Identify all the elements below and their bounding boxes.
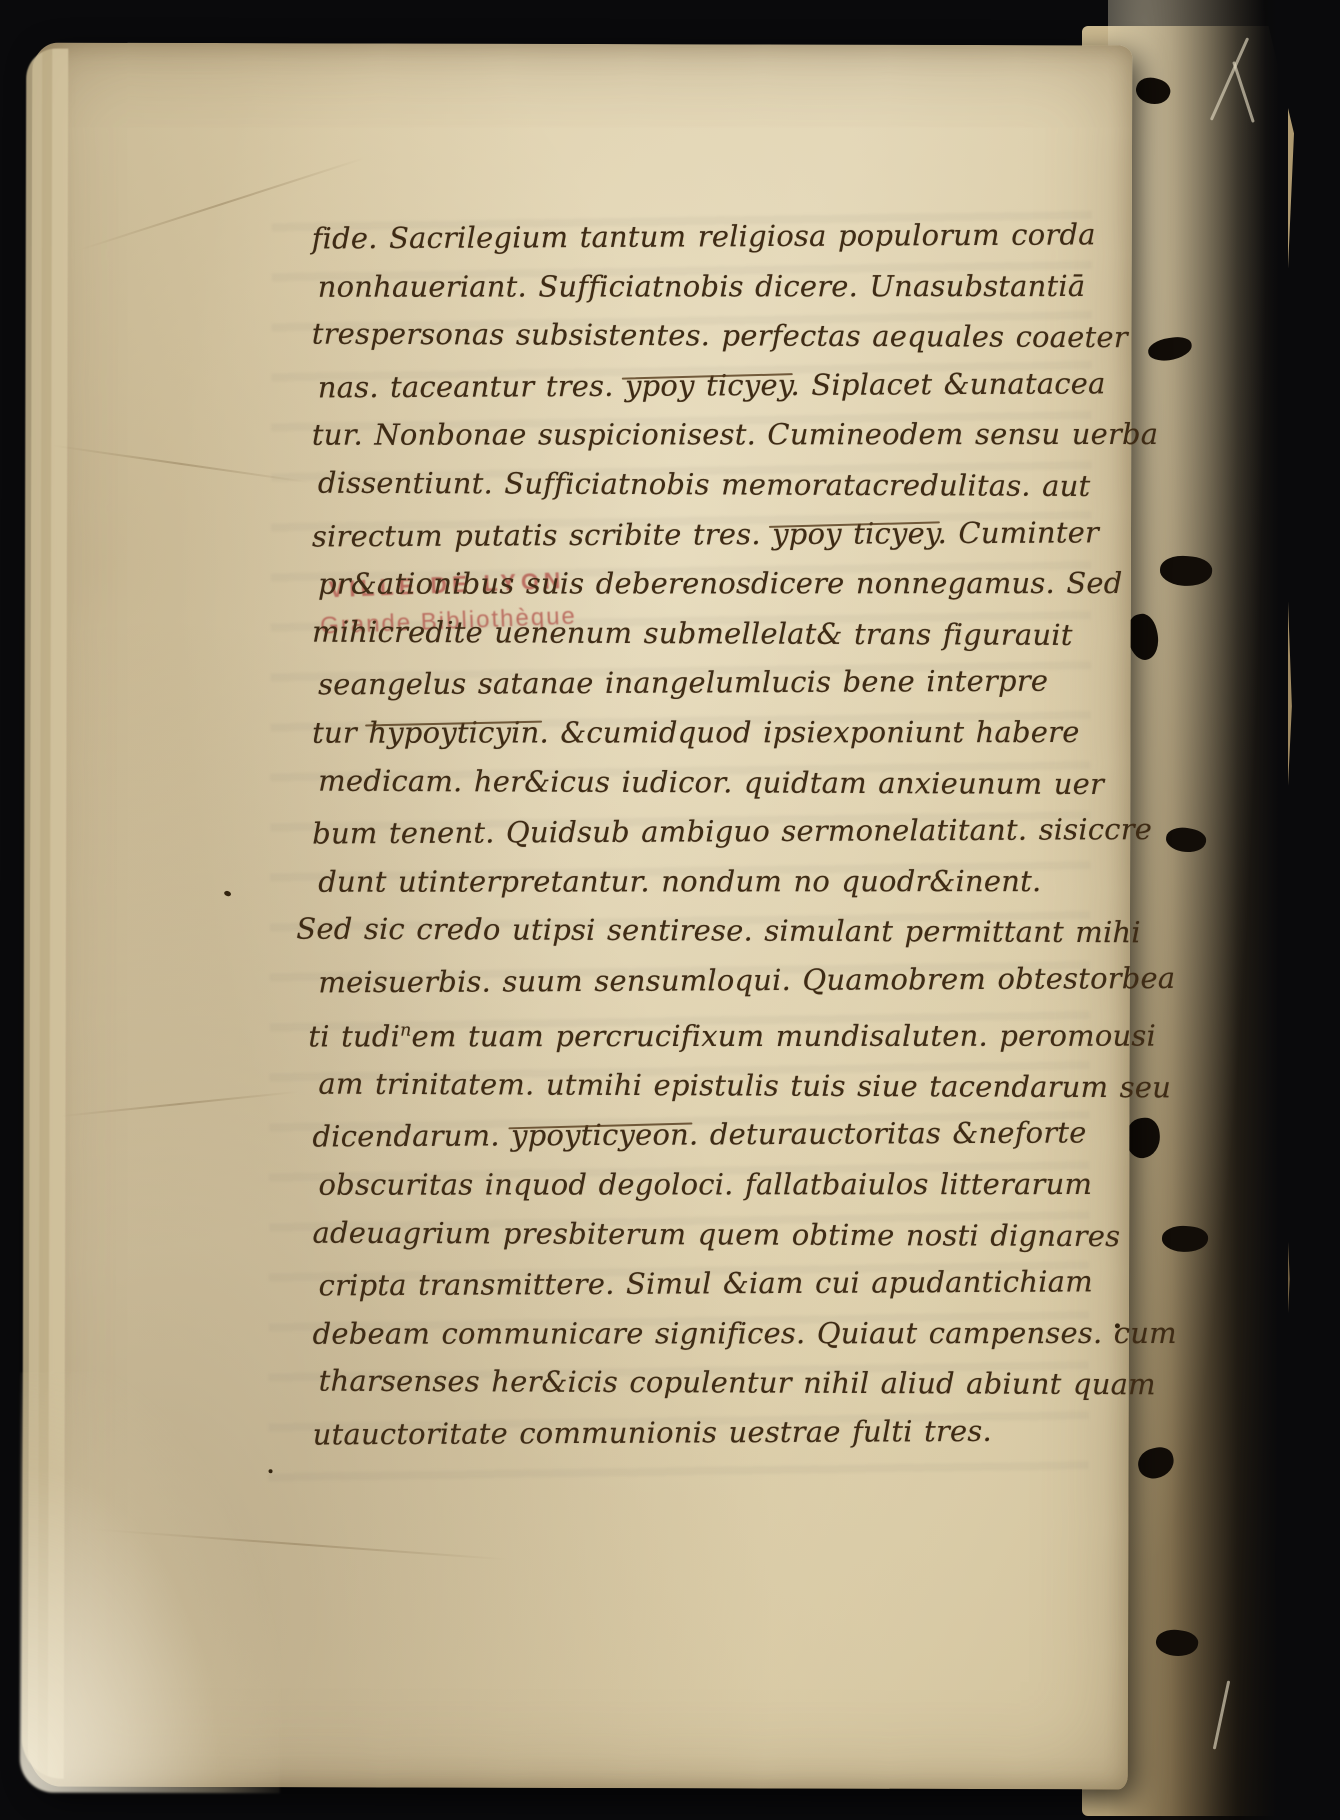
binding-thread [1213,1680,1230,1749]
manuscript-text: sirectum putatis scribite tres. [312,517,772,553]
manuscript-text: ti tudi [308,1019,400,1053]
manuscript-line: tharsenses her&icis copulentur nihil ali… [319,1357,1113,1410]
manuscript-line: cripta transmittere. Simul &iam cui apud… [318,1257,1112,1311]
manuscript-line: obscuritas inquod degoloci. fallatbaiulo… [318,1160,1112,1210]
manuscript-line: trespersonas subsistentes. perfectas aeq… [312,310,1112,363]
manuscript-text: dissentiunt. Sufficiatnobis memoratacred… [318,466,1091,503]
greek-transliteration: ypoy ticyey [625,368,791,403]
manuscript-text: fide. Sacrilegium tantum religiosa popul… [312,217,1096,255]
manuscript-line: nonhaueriant. Sufficiatnobis dicere. Una… [318,262,1112,312]
manuscript-text: cripta transmittere. Simul &iam cui apud… [319,1264,1093,1302]
manuscript-text: adeuagrium presbiterum quem obtime nosti… [312,1215,1120,1253]
manuscript-text: mihicredite uenenum submellelat& trans f… [312,614,1073,651]
manuscript-text: Sed sic credo utipsi sentirese. simulant… [296,912,1141,950]
binding-thread [1232,61,1255,123]
manuscript-line: dissentiunt. Sufficiatnobis memoratacred… [318,459,1112,512]
manuscript-page: VILLE DE LYON Grande Bibliothèque fide. … [28,43,1133,1790]
manuscript-text: bum tenent. Quidsub ambiguo sermonelatit… [312,812,1152,850]
binding-tear [1135,1445,1176,1482]
manuscript-text: debeam communicare significes. Quiaut ca… [313,1316,1177,1351]
manuscript-text: trespersonas subsistentes. perfectas aeq… [312,317,1128,355]
manuscript-text-block: fide. Sacrilegium tantum religiosa popul… [312,212,1113,1458]
manuscript-text: tharsenses her&icis copulentur nihil ali… [319,1364,1156,1402]
manuscript-line: Sed sic credo utipsi sentirese. simulant… [296,905,1112,958]
book-binding-edge [1108,0,1288,1820]
manuscript-text: dunt utinterpretantur. nondum no quodr&i… [318,864,1041,899]
manuscript-line: mihicredite uenenum submellelat& trans f… [312,607,1112,660]
manuscript-line: dicendarum. ypoyticyeon. deturauctoritas… [312,1109,1112,1163]
manuscript-line: fide. Sacrilegium tantum religiosa popul… [312,210,1112,264]
greek-transliteration: hypoyticyin [368,715,539,749]
binding-tear [1124,1116,1162,1159]
manuscript-line: debeam communicare significes. Quiaut ca… [313,1309,1113,1359]
greek-transliteration: ypoyticyeon [511,1118,689,1153]
manuscript-text: pr&ationibus suis deberenosdicere nonneg… [318,566,1123,601]
binding-tear [1133,73,1173,108]
parchment-crease [60,1091,299,1117]
manuscript-text: dicendarum. [312,1119,511,1154]
manuscript-line: dunt utinterpretantur. nondum no quodr&i… [318,857,1112,907]
binding-tear [1154,1627,1199,1659]
greek-transliteration: ypoy ticyey [772,516,938,551]
manuscript-text: tur. Nonbonae suspicionisest. Cumineodem… [312,417,1158,452]
page-corner-curl [20,1373,281,1794]
manuscript-text: . deturauctoritas &neforte [689,1116,1087,1152]
manuscript-text: medicam. her&icus iudicor. quidtam anxie… [318,763,1104,800]
binding-thread [1210,37,1249,120]
binding-tear [1159,553,1214,588]
manuscript-line: seangelus satanae inangelumlucis bene in… [318,657,1112,711]
manuscript-text: n [400,1020,411,1040]
manuscript-line: tur. Nonbonae suspicionisest. Cumineodem… [312,410,1112,460]
manuscript-text: obscuritas inquod degoloci. fallatbaiulo… [319,1167,1093,1202]
manuscript-text: nas. taceantur tres. [318,369,625,405]
manuscript-text: meisuerbis. suum sensumloqui. Quamobrem … [318,961,1175,999]
manuscript-text: em tuam percrucifixum mundisaluten. pero… [411,1018,1155,1053]
ink-speck [1115,1323,1120,1328]
binding-tear [1147,335,1194,363]
manuscript-line: meisuerbis. suum sensumloqui. Quamobrem … [318,954,1112,1008]
binding-tear [1161,1224,1209,1253]
manuscript-line: pr&ationibus suis deberenosdicere nonneg… [318,559,1112,609]
manuscript-line: bum tenent. Quidsub ambiguo sermonelatit… [312,805,1112,859]
manuscript-line: ti tudinem tuam percrucifixum mundisalut… [308,1005,1112,1061]
manuscript-line: adeuagrium presbiterum quem obtime nosti… [312,1208,1112,1261]
manuscript-text: . Cuminter [938,515,1100,550]
manuscript-text: nonhaueriant. Sufficiatnobis dicere. Una… [318,269,1086,304]
ink-speck [269,1469,273,1473]
manuscript-line: sirectum putatis scribite tres. ypoy tic… [312,508,1112,562]
manuscript-text: utauctoritate communionis uestrae fulti … [313,1414,992,1452]
ink-speck [223,890,231,897]
manuscript-line: utauctoritate communionis uestrae fulti … [313,1406,1113,1460]
manuscript-text: tur [312,716,368,750]
manuscript-line: am trinitatem. utmihi epistulis tuis siu… [318,1059,1112,1112]
manuscript-text: . &cumidquod ipsiexponiunt habere [540,715,1080,749]
binding-tear [1164,825,1208,856]
manuscript-text: am trinitatem. utmihi epistulis tuis siu… [318,1066,1171,1104]
manuscript-line: medicam. her&icus iudicor. quidtam anxie… [318,756,1112,809]
photo-backdrop: VILLE DE LYON Grande Bibliothèque fide. … [0,0,1340,1820]
manuscript-line: tur hypoyticyin. &cumidquod ipsiexponiun… [312,708,1112,758]
manuscript-text: . Siplacet &unatacea [790,366,1105,402]
manuscript-line: nas. taceantur tres. ypoy ticyey. Siplac… [318,359,1112,413]
manuscript-text: seangelus satanae inangelumlucis bene in… [318,664,1048,702]
